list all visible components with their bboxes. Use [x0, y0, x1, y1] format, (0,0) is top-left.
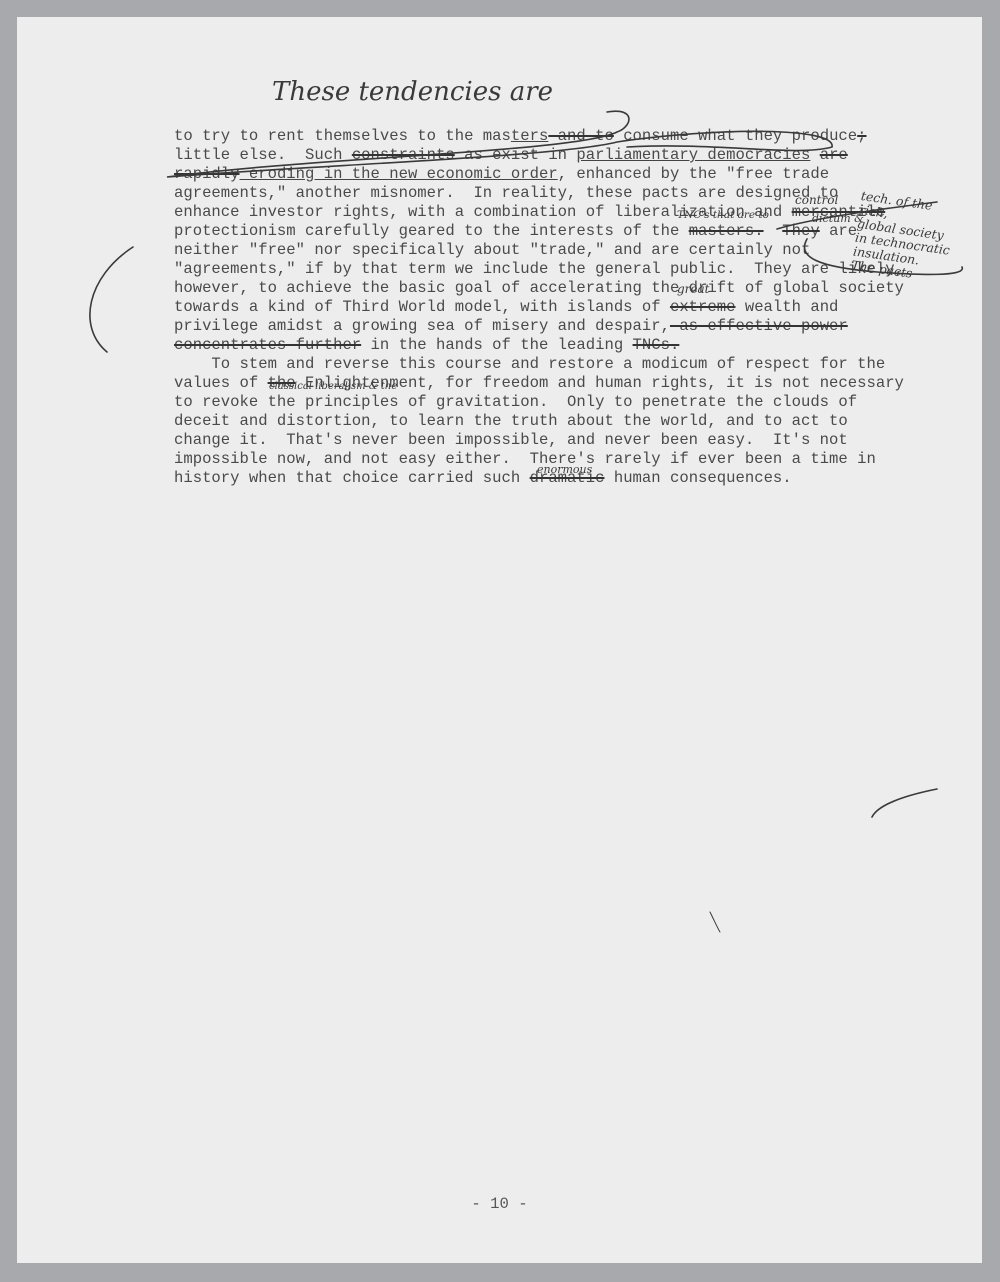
text-line: neither "free" nor specifically about "t… — [174, 241, 904, 260]
text-segment: deceit and distortion, to learn the trut… — [174, 412, 848, 430]
underlined-text: parliamentary democracies — [576, 146, 810, 164]
text-segment: towards a kind of Third World model, wit… — [174, 298, 670, 316]
text-line: deceit and distortion, to learn the trut… — [174, 412, 904, 431]
handwritten-margin-note: tech. of therich,global societyin techno… — [850, 189, 956, 285]
struck-text: constraints — [352, 146, 455, 164]
underlined-text: eroding in the new economic order — [240, 165, 558, 183]
text-segment: consume what they produce — [614, 127, 857, 145]
text-line: "agreements," if by that term we include… — [174, 260, 904, 279]
handwritten-insert-these-tendencies: These tendencies are — [272, 77, 553, 107]
underlined-text: ters — [511, 127, 548, 145]
struck-text: masters. — [689, 222, 764, 240]
struck-text: extreme — [670, 298, 736, 316]
text-line: concentrates further in the hands of the… — [174, 336, 904, 355]
struck-text: rapidly — [174, 165, 240, 183]
text-segment: as exist in — [455, 146, 577, 164]
text-line: little else. Such constraints as exist i… — [174, 146, 904, 165]
text-segment: "agreements," if by that term we include… — [174, 260, 904, 278]
text-line: to revoke the principles of gravitation.… — [174, 393, 904, 412]
text-line: privilege amidst a growing sea of misery… — [174, 317, 904, 336]
handwritten-tncs-note: TNC's that are to — [677, 209, 769, 221]
text-segment: history when that choice carried such — [174, 469, 530, 487]
struck-text: ; — [857, 127, 866, 145]
text-line: rapidly eroding in the new economic orde… — [174, 165, 904, 184]
text-line: change it. That's never been impossible,… — [174, 431, 904, 450]
text-line: To stem and reverse this course and rest… — [174, 355, 904, 374]
text-segment: neither "free" nor specifically about "t… — [174, 241, 810, 259]
text-segment: little else. Such — [174, 146, 352, 164]
struck-text: as effective power — [670, 317, 848, 335]
text-segment: protectionism carefully geared to the in… — [174, 222, 689, 240]
text-segment: to revoke the principles of gravitation.… — [174, 393, 857, 411]
handwritten-great: great — [677, 282, 710, 296]
text-segment: change it. That's never been impossible,… — [174, 431, 848, 449]
text-segment: values of — [174, 374, 268, 392]
paragraph-1: to try to rent themselves to the masters… — [174, 127, 904, 355]
text-segment: , enhanced by the "free trade — [558, 165, 829, 183]
text-line: to try to rent themselves to the masters… — [174, 127, 904, 146]
text-line: towards a kind of Third World model, wit… — [174, 298, 904, 317]
handwritten-classical-liberalism: classical liberalism & the — [269, 381, 397, 392]
struck-text: and to — [548, 127, 614, 145]
text-segment: impossible now, and not easy either. The… — [174, 450, 876, 468]
page-number: - 10 - — [17, 1195, 982, 1213]
text-line: however, to achieve the basic goal of ac… — [174, 279, 904, 298]
handwritten-enormous: enormous — [537, 463, 592, 476]
text-segment: human consequences. — [604, 469, 791, 487]
text-segment: privilege amidst a growing sea of misery… — [174, 317, 670, 335]
text-segment: agreements," another misnomer. In realit… — [174, 184, 838, 202]
text-segment: in the hands of the leading — [361, 336, 632, 354]
text-segment: to try to rent themselves to the mas — [174, 127, 511, 145]
text-segment: however, to achieve the basic goal of ac… — [174, 279, 904, 297]
text-segment: To stem and reverse this course and rest… — [174, 355, 885, 373]
struck-text: TNCs. — [633, 336, 680, 354]
struck-text: are — [820, 146, 848, 164]
text-line: protectionism carefully geared to the in… — [174, 222, 904, 241]
handwritten-control: control — [795, 193, 838, 207]
text-segment — [764, 222, 783, 240]
document-page: to try to rent themselves to the masters… — [17, 17, 982, 1263]
struck-text: concentrates further — [174, 336, 361, 354]
text-segment — [810, 146, 819, 164]
text-segment: wealth and — [735, 298, 838, 316]
